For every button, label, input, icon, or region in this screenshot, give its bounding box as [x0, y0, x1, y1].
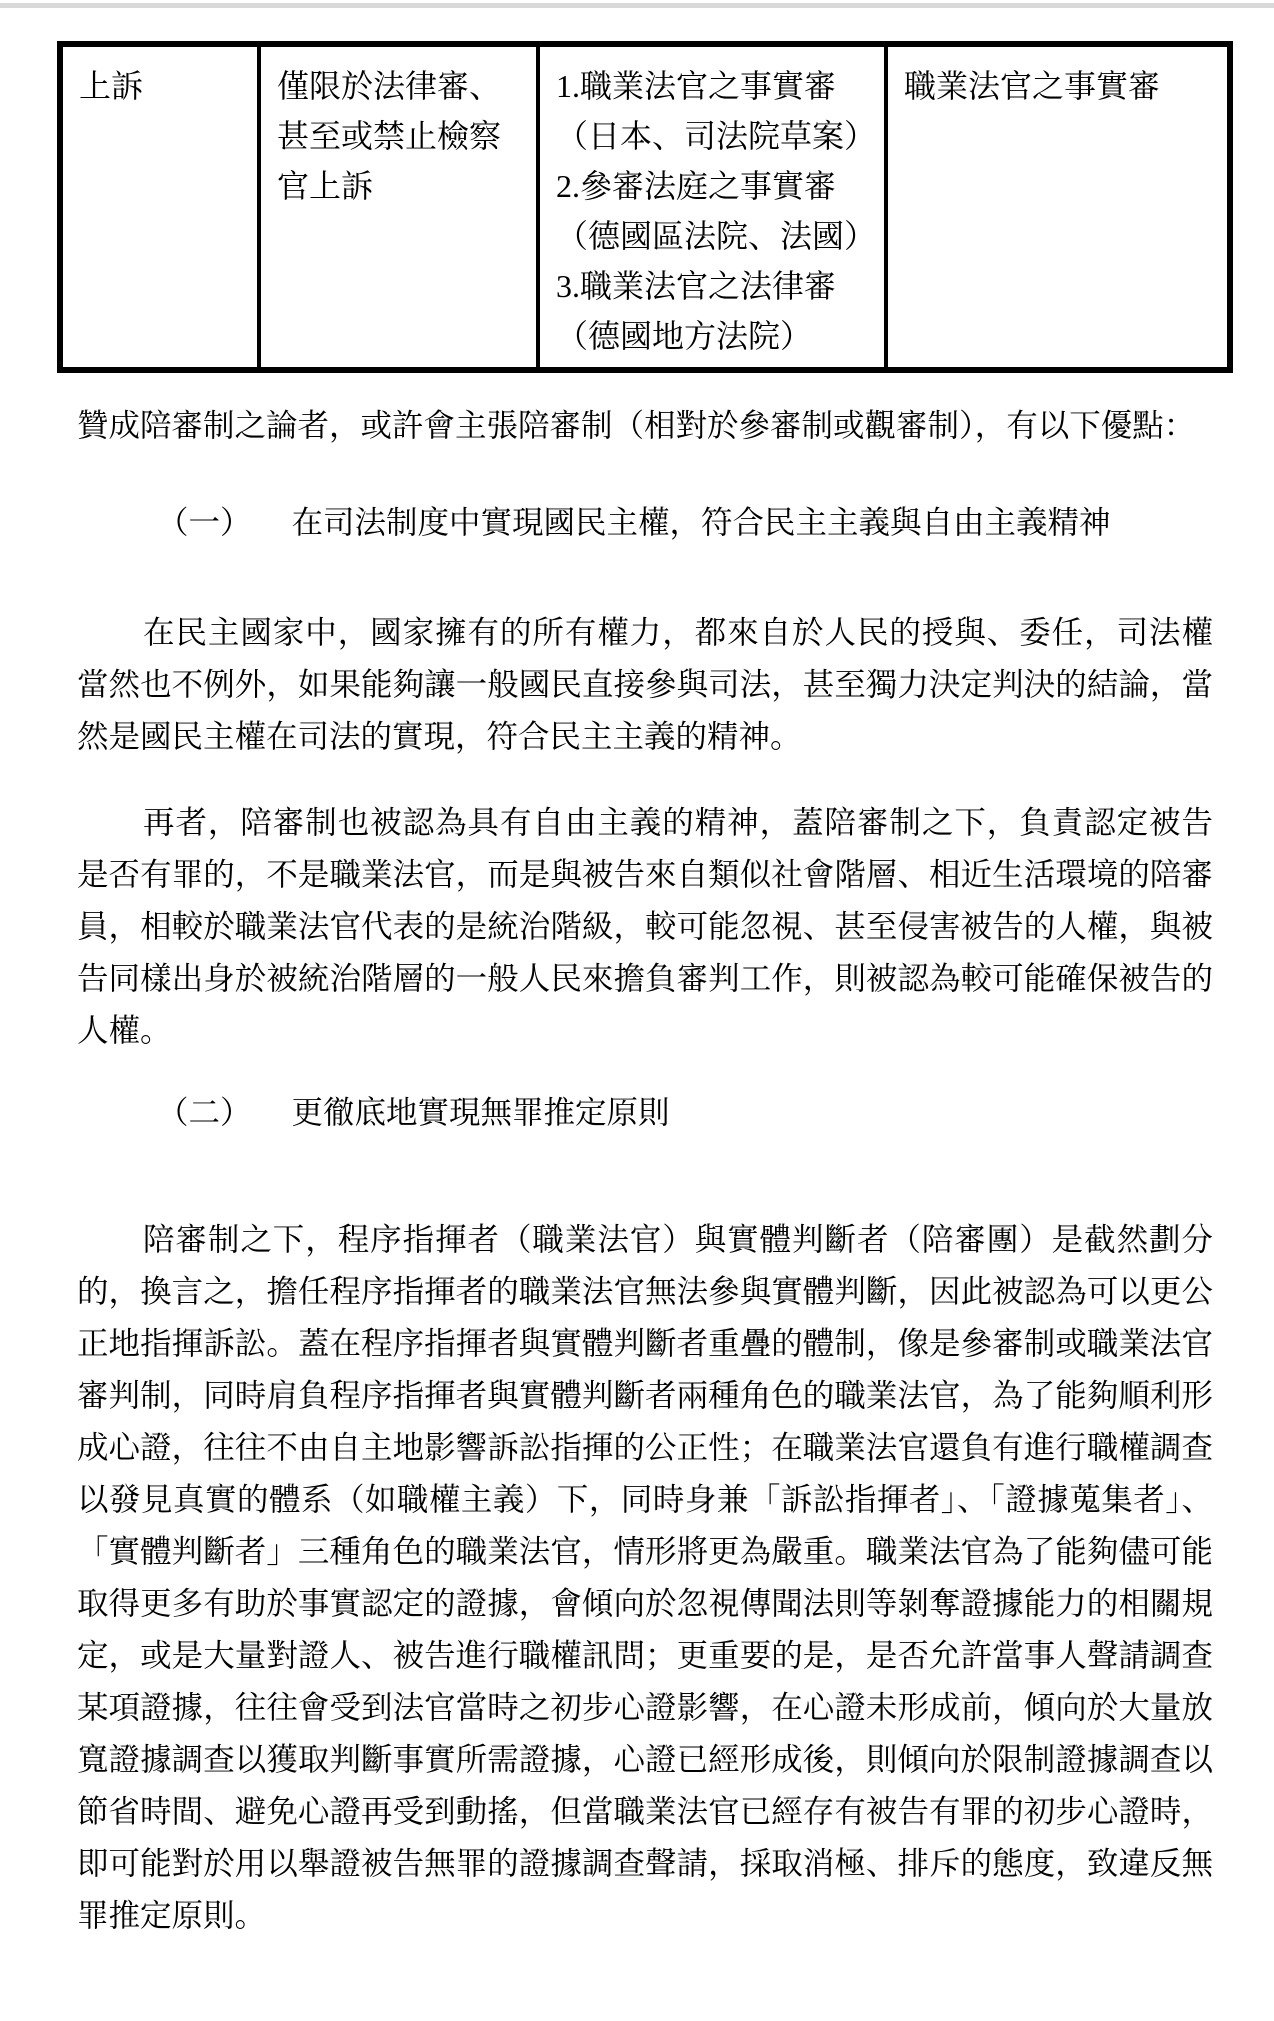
- table-cell-appeal-label: 上訴: [63, 47, 257, 367]
- table-cell-lay-judge-appeal: 1.職業法官之事實審 （日本、司法院草案） 2.參審法庭之事實審 （德國區法院、…: [536, 47, 884, 367]
- page-top-edge-divider: [0, 3, 1274, 8]
- table-cell-text: 3.職業法官之法律審: [556, 261, 878, 311]
- table-cell-text: 職業法官之事實審: [904, 61, 1221, 111]
- section-1-heading: （一）在司法制度中實現國民主權，符合民主主義與自由主義精神: [77, 497, 1213, 549]
- table-cell-jury-appeal: 僅限於法律審、 甚至或禁止檢察 官上訴: [257, 47, 536, 367]
- table-cell-text: 僅限於法律審、: [277, 61, 530, 111]
- table-cell-text: 1.職業法官之事實審: [556, 61, 878, 111]
- table-cell-text: 官上訴: [277, 161, 530, 211]
- table-cell-text: （德國地方法院）: [556, 311, 878, 361]
- section-1-paragraph-2: 再者，陪審制也被認為具有自由主義的精神，蓋陪審制之下，負責認定被告是否有罪的，不…: [77, 797, 1213, 1057]
- section-1-title: 在司法制度中實現國民主權，符合民主主義與自由主義精神: [292, 505, 1111, 540]
- section-2-heading: （二）更徹底地實現無罪推定原則: [77, 1087, 1213, 1139]
- table-cell-text: （日本、司法院草案）: [556, 111, 878, 161]
- document-body: 贊成陪審制之論者，或許會主張陪審制（相對於參審制或觀審制），有以下優點： （一）…: [77, 373, 1213, 1942]
- table-cell-text: 甚至或禁止檢察: [277, 111, 530, 161]
- comparison-table: 上訴 僅限於法律審、 甚至或禁止檢察 官上訴 1.職業法官之事實審 （日本、司法…: [57, 41, 1233, 373]
- section-1-number: （一）: [157, 505, 252, 540]
- section-2-title: 更徹底地實現無罪推定原則: [292, 1095, 670, 1130]
- table-row: 上訴 僅限於法律審、 甚至或禁止檢察 官上訴 1.職業法官之事實審 （日本、司法…: [63, 47, 1227, 367]
- document-page: 上訴 僅限於法律審、 甚至或禁止檢察 官上訴 1.職業法官之事實審 （日本、司法…: [0, 0, 1274, 2021]
- section-1-paragraph-1: 在民主國家中，國家擁有的所有權力，都來自於人民的授與、委任，司法權當然也不例外，…: [77, 607, 1213, 763]
- section-2-number: （二）: [157, 1095, 252, 1130]
- table-cell-text: 上訴: [79, 61, 251, 111]
- intro-paragraph: 贊成陪審制之論者，或許會主張陪審制（相對於參審制或觀審制），有以下優點：: [77, 400, 1213, 452]
- table-cell-text: 2.參審法庭之事實審: [556, 161, 878, 211]
- section-2-paragraph-1: 陪審制之下，程序指揮者（職業法官）與實體判斷者（陪審團）是截然劃分的，換言之，擔…: [77, 1214, 1213, 1942]
- table-cell-observer-appeal: 職業法官之事實審: [884, 47, 1227, 367]
- table-cell-text: （德國區法院、法國）: [556, 211, 878, 261]
